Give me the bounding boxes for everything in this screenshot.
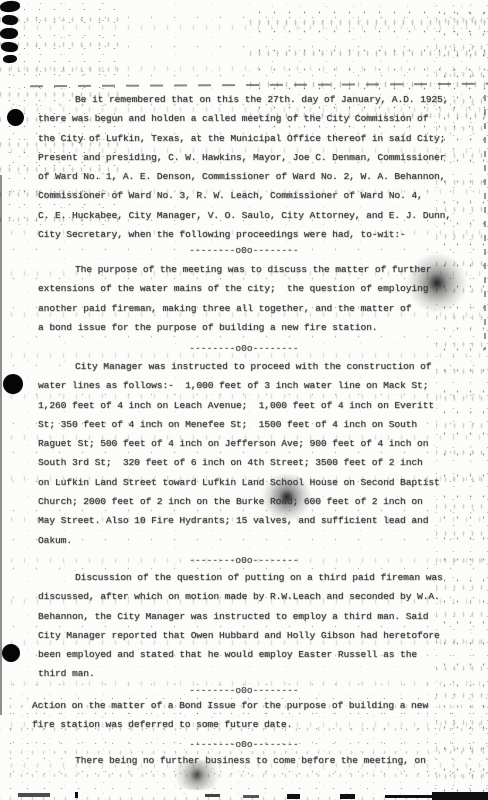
scan-edge-band xyxy=(340,794,355,799)
text-line: There being no further business to come … xyxy=(38,751,460,770)
text-line: 1,260 feet of 4 inch on Leach Avenue; 1,… xyxy=(38,396,460,415)
text-line: extensions of the water mains of the cit… xyxy=(38,279,460,298)
text-line: Be it remembered that on this the 27th. … xyxy=(38,90,460,109)
text-line: discussed, after which on motion made by… xyxy=(38,587,460,606)
paragraph-water-lines: City Manager was instructed to proceed w… xyxy=(38,357,460,550)
scan-edge-band xyxy=(205,794,220,797)
scan-edge-band xyxy=(287,794,300,799)
text-line: St; 350 feet of 4 inch on Menefee St; 15… xyxy=(38,415,460,434)
paragraph-closing: There being no further business to come … xyxy=(38,751,460,770)
text-line: a bond issue for the purpose of building… xyxy=(38,318,460,337)
text-line: of Ward No. 1, A. E. Denson, Commissione… xyxy=(38,167,460,186)
text-line: City Manager was instructed to proceed w… xyxy=(38,357,460,376)
text-line: Church; 2000 feet of 2 inch on the Burke… xyxy=(38,492,460,511)
scan-edge-band xyxy=(18,793,50,797)
text-line: Commissioner of Ward No. 3, R. W. Leach,… xyxy=(38,186,460,205)
text-line: City Manager reported that Owen Hubbard … xyxy=(38,626,460,645)
text-line: Oakum. xyxy=(38,531,460,550)
scan-edge-band xyxy=(243,795,259,798)
text-line: water lines as follows:- 1,000 feet of 3… xyxy=(38,376,460,395)
paragraph-opening: Be it remembered that on this the 27th. … xyxy=(38,90,460,244)
typewritten-text-layer: Be it remembered that on this the 27th. … xyxy=(0,0,488,800)
text-line: the City of Lufkin, Texas, at the Munici… xyxy=(38,129,460,148)
text-line: fire station was deferred to some future… xyxy=(32,715,460,734)
text-line: The purpose of the meeting was to discus… xyxy=(38,260,460,279)
text-line: Present and presiding, C. W. Hawkins, Ma… xyxy=(38,148,460,167)
paragraph-third-fireman: Discussion of the question of putting on… xyxy=(38,568,460,684)
text-line: South 3rd St; 320 feet of 6 inch on 4th … xyxy=(38,453,460,472)
text-line: Discussion of the question of putting on… xyxy=(38,568,460,587)
scan-edge-band xyxy=(432,792,488,800)
scan-edge-band xyxy=(75,792,78,798)
text-line: Behannon, the City Manager was instructe… xyxy=(38,607,460,626)
section-separator: --------o0o-------- xyxy=(0,339,488,358)
paragraph-purpose: The purpose of the meeting was to discus… xyxy=(38,260,460,337)
scanned-minutes-page: Be it remembered that on this the 27th. … xyxy=(0,0,488,800)
paragraph-bond-issue: Action on the matter of a Bond Issue for… xyxy=(32,696,460,735)
text-line: Action on the matter of a Bond Issue for… xyxy=(32,696,460,715)
text-line: May Street. Also 10 Fire Hydrants; 15 va… xyxy=(38,511,460,530)
text-line: been employed and stated that he would e… xyxy=(38,645,460,664)
text-line: C. E. Huckabee, City Manager, V. O. Saul… xyxy=(38,206,460,225)
section-separator: --------o0o-------- xyxy=(0,241,488,260)
text-line: another paid fireman, making three all t… xyxy=(38,299,460,318)
text-line: Raguet St; 500 feet of 4 inch on Jeffers… xyxy=(38,434,460,453)
text-line: there was begun and holden a called meet… xyxy=(38,109,460,128)
text-line: on Lufkin Land Street toward Lufkin Land… xyxy=(38,473,460,492)
